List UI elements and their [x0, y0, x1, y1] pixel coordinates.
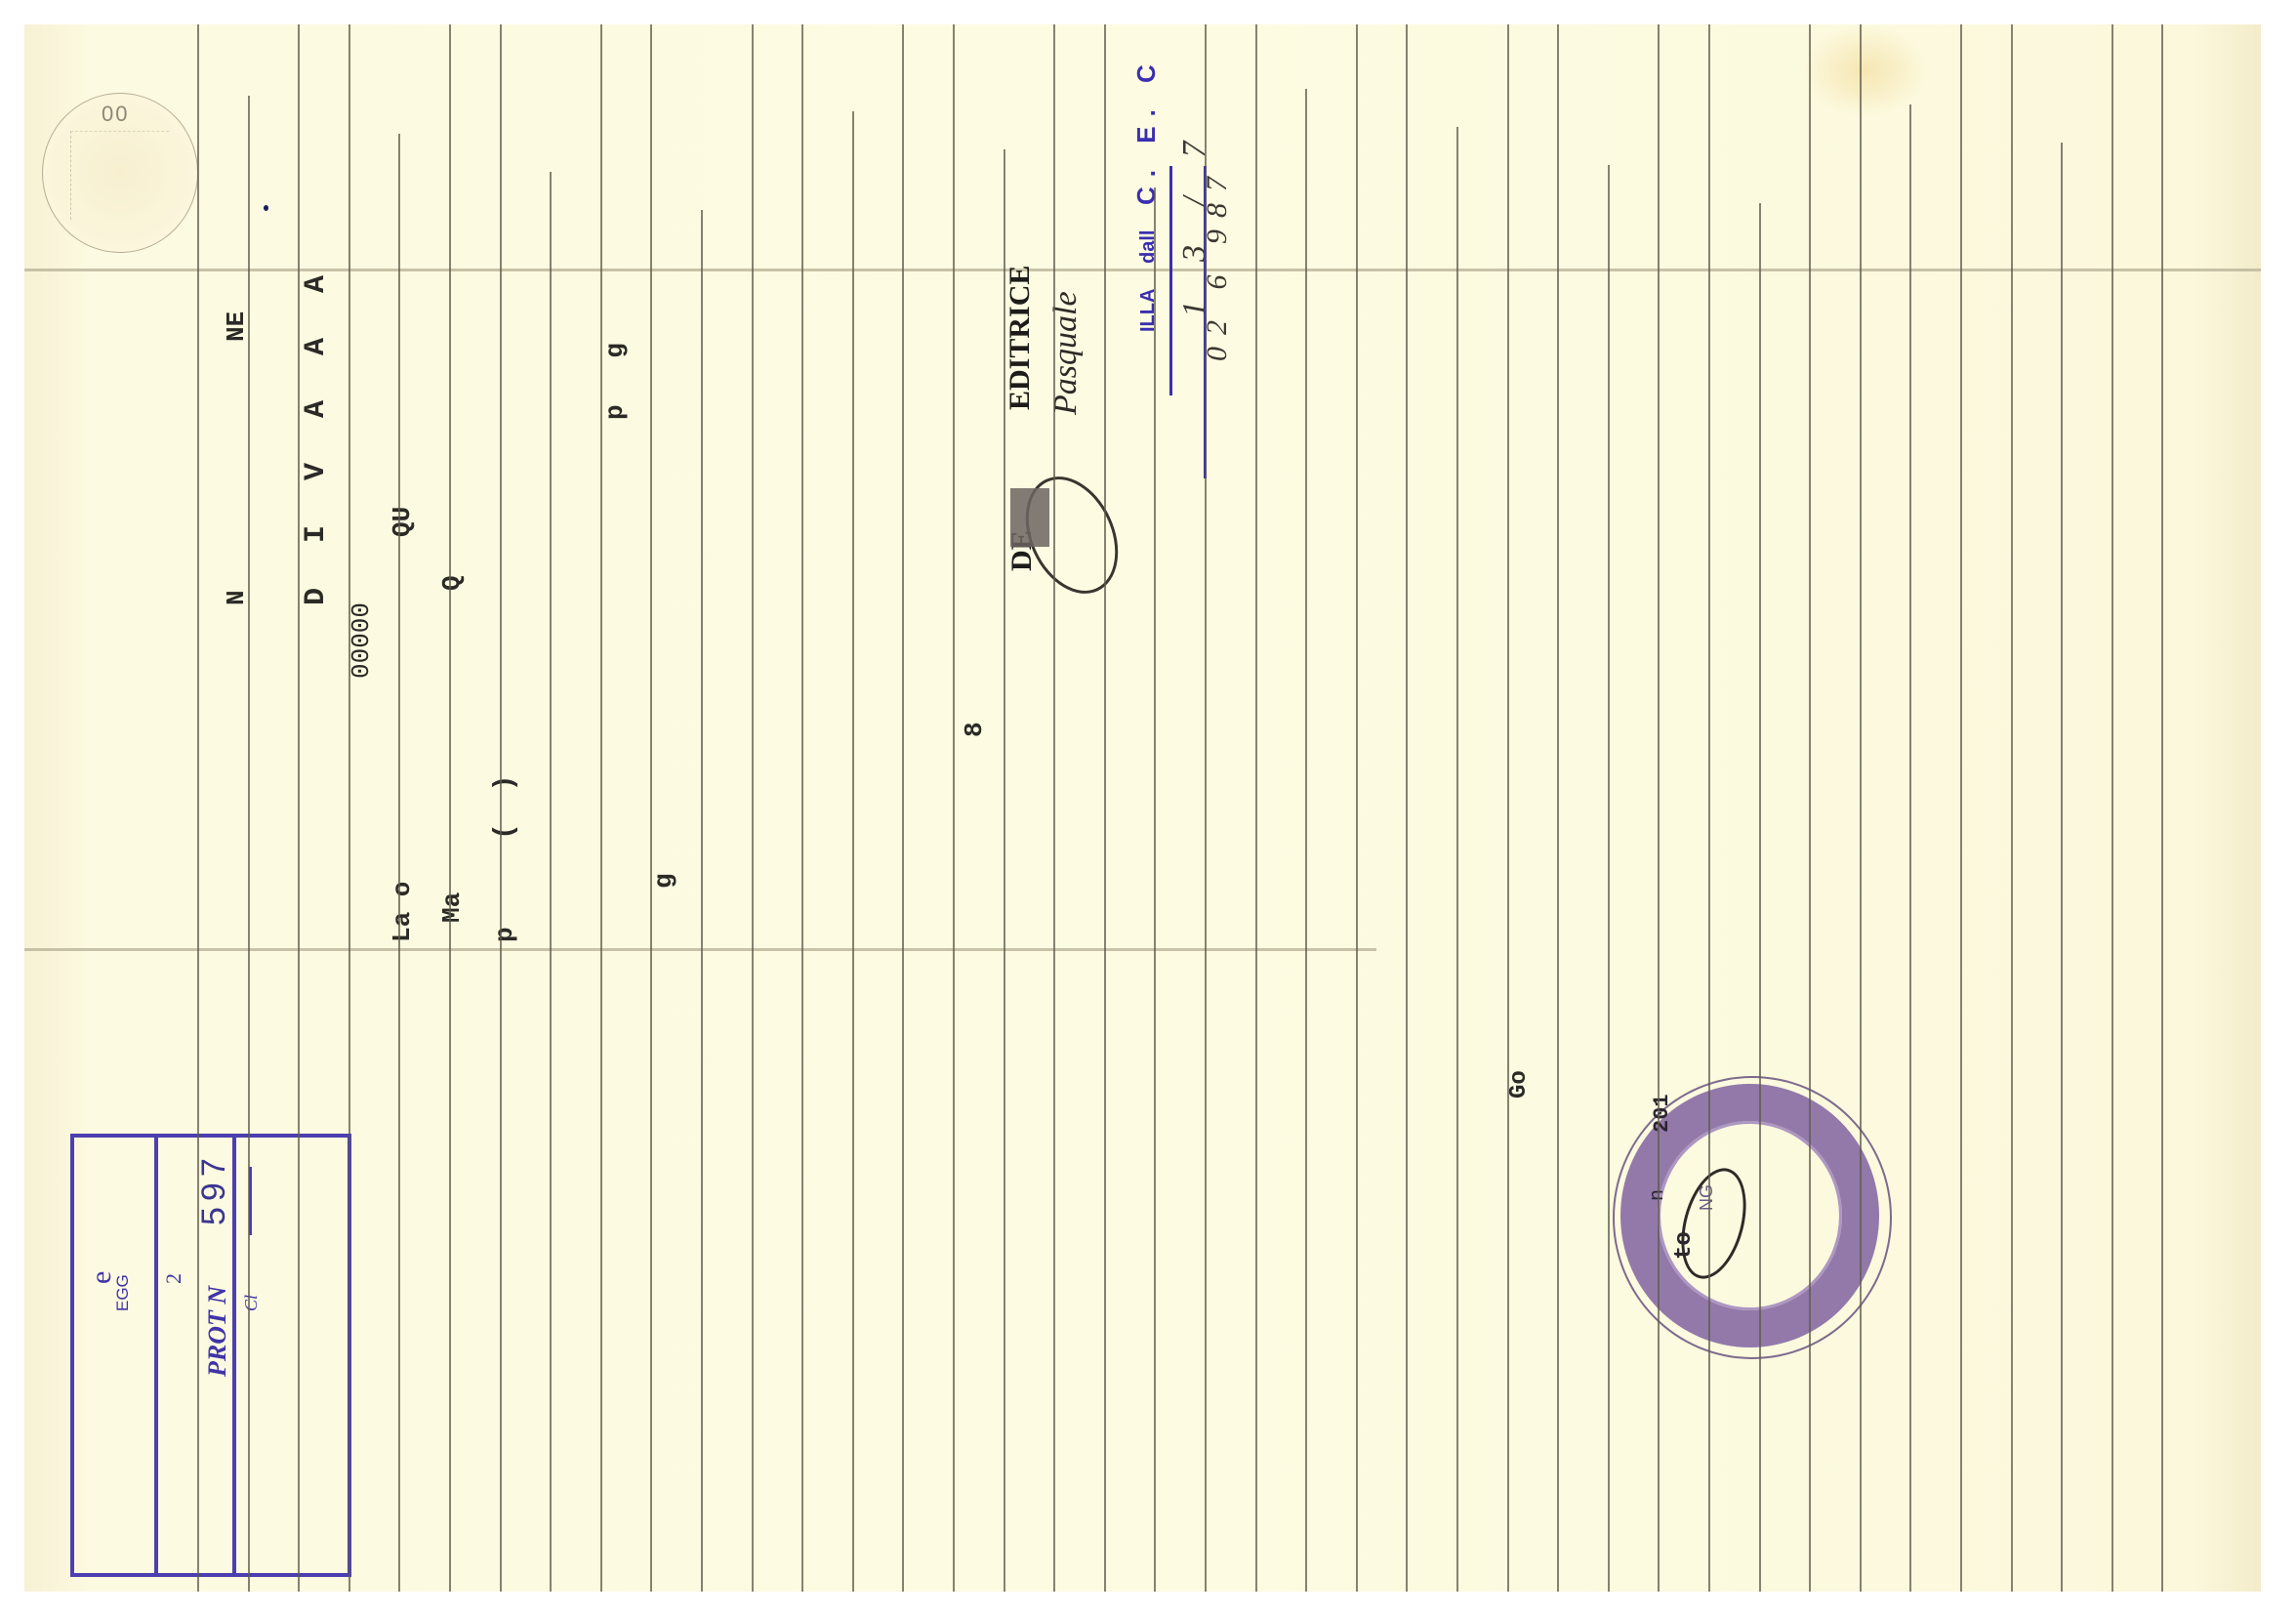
ruled-line — [1154, 187, 1156, 1592]
ruled-line — [1406, 24, 1408, 1592]
body-p: p — [490, 927, 519, 942]
ruled-line — [1608, 165, 1610, 1592]
body-pg: p g — [600, 327, 630, 420]
protocol-divider-1 — [154, 1138, 158, 1573]
seal-text-number: 201 — [1650, 1094, 1674, 1133]
ruled-line — [600, 24, 602, 1592]
ruled-line — [752, 24, 754, 1592]
ruled-line — [1658, 24, 1660, 1592]
protocol-cell1-bottom: EGG — [113, 1274, 133, 1311]
ruled-line — [2011, 24, 2013, 1592]
revenue-stamp-value: 00 — [102, 102, 129, 127]
ruled-line — [500, 24, 502, 1592]
body-g: g — [649, 873, 678, 889]
protocol-sub: Cl — [241, 1295, 262, 1311]
body-paren: ( ) — [490, 767, 520, 840]
body-q: Q — [437, 575, 467, 591]
ruled-line — [1053, 24, 1055, 1592]
ink-dot — [264, 205, 268, 211]
ruled-line — [2111, 24, 2113, 1592]
ruled-line — [1860, 24, 1862, 1592]
paper-stain — [1801, 24, 1928, 117]
signature-editrice: EDITRICE — [1004, 266, 1037, 410]
protocol-label: PROT N — [203, 1286, 232, 1377]
ruled-line — [1255, 24, 1257, 1592]
heading-ne: NE — [222, 311, 251, 342]
ruled-line — [197, 24, 199, 1592]
ruled-line — [1809, 24, 1811, 1592]
ruled-line — [1004, 149, 1005, 1592]
signature-redaction — [1010, 488, 1049, 547]
ruled-line — [1205, 24, 1207, 1592]
body-8: 8 — [960, 722, 989, 737]
ruled-line — [1305, 89, 1307, 1592]
heading-n: N — [222, 590, 251, 605]
ruled-line — [902, 24, 904, 1592]
receipt-label-dall: dall — [1137, 230, 1160, 264]
ruled-line — [1708, 24, 1710, 1592]
receipt-label-org: C. E. C — [1131, 55, 1162, 205]
body-ma: Ma — [437, 892, 467, 923]
ruled-line — [348, 24, 350, 1592]
ruled-line — [1557, 24, 1559, 1592]
ruled-line — [449, 24, 451, 1592]
protocol-number: 597 — [195, 1152, 233, 1225]
ruled-line — [650, 24, 652, 1592]
ruled-line — [1960, 24, 1962, 1592]
ruled-line — [398, 134, 400, 1592]
fold-line-top — [24, 269, 2261, 271]
ruled-line — [298, 24, 300, 1592]
body-la: La o — [388, 882, 417, 942]
ruled-line — [1456, 127, 1458, 1592]
receipt-line-1 — [1169, 166, 1172, 395]
stamp-figure-icon — [70, 131, 169, 220]
ruled-line — [801, 24, 803, 1592]
ruled-line — [701, 210, 703, 1592]
ruled-line — [852, 111, 854, 1592]
ruled-line — [953, 24, 955, 1592]
ruled-line — [248, 96, 250, 1592]
receipt-label-illa: ILLA — [1137, 289, 1160, 332]
ruled-line — [550, 172, 552, 1592]
body-go: Go — [1506, 1070, 1533, 1098]
body-qu: QU — [388, 507, 417, 537]
ruled-line — [2061, 143, 2063, 1592]
ruled-line — [1356, 24, 1358, 1592]
ruled-line — [1104, 24, 1106, 1592]
ruled-line — [1909, 104, 1911, 1592]
document-page: 00 N NE D I V A A A 00000 La o QU Ma Q p… — [24, 24, 2261, 1592]
protocol-cell2: 2 — [161, 1273, 186, 1284]
heading-zeros: 00000 — [347, 602, 376, 679]
heading-title: D I V A A A — [300, 262, 333, 605]
revenue-stamp: 00 — [42, 93, 198, 253]
ruled-line — [2161, 24, 2163, 1592]
ruled-line — [1507, 24, 1509, 1592]
ruled-line — [1759, 203, 1761, 1592]
